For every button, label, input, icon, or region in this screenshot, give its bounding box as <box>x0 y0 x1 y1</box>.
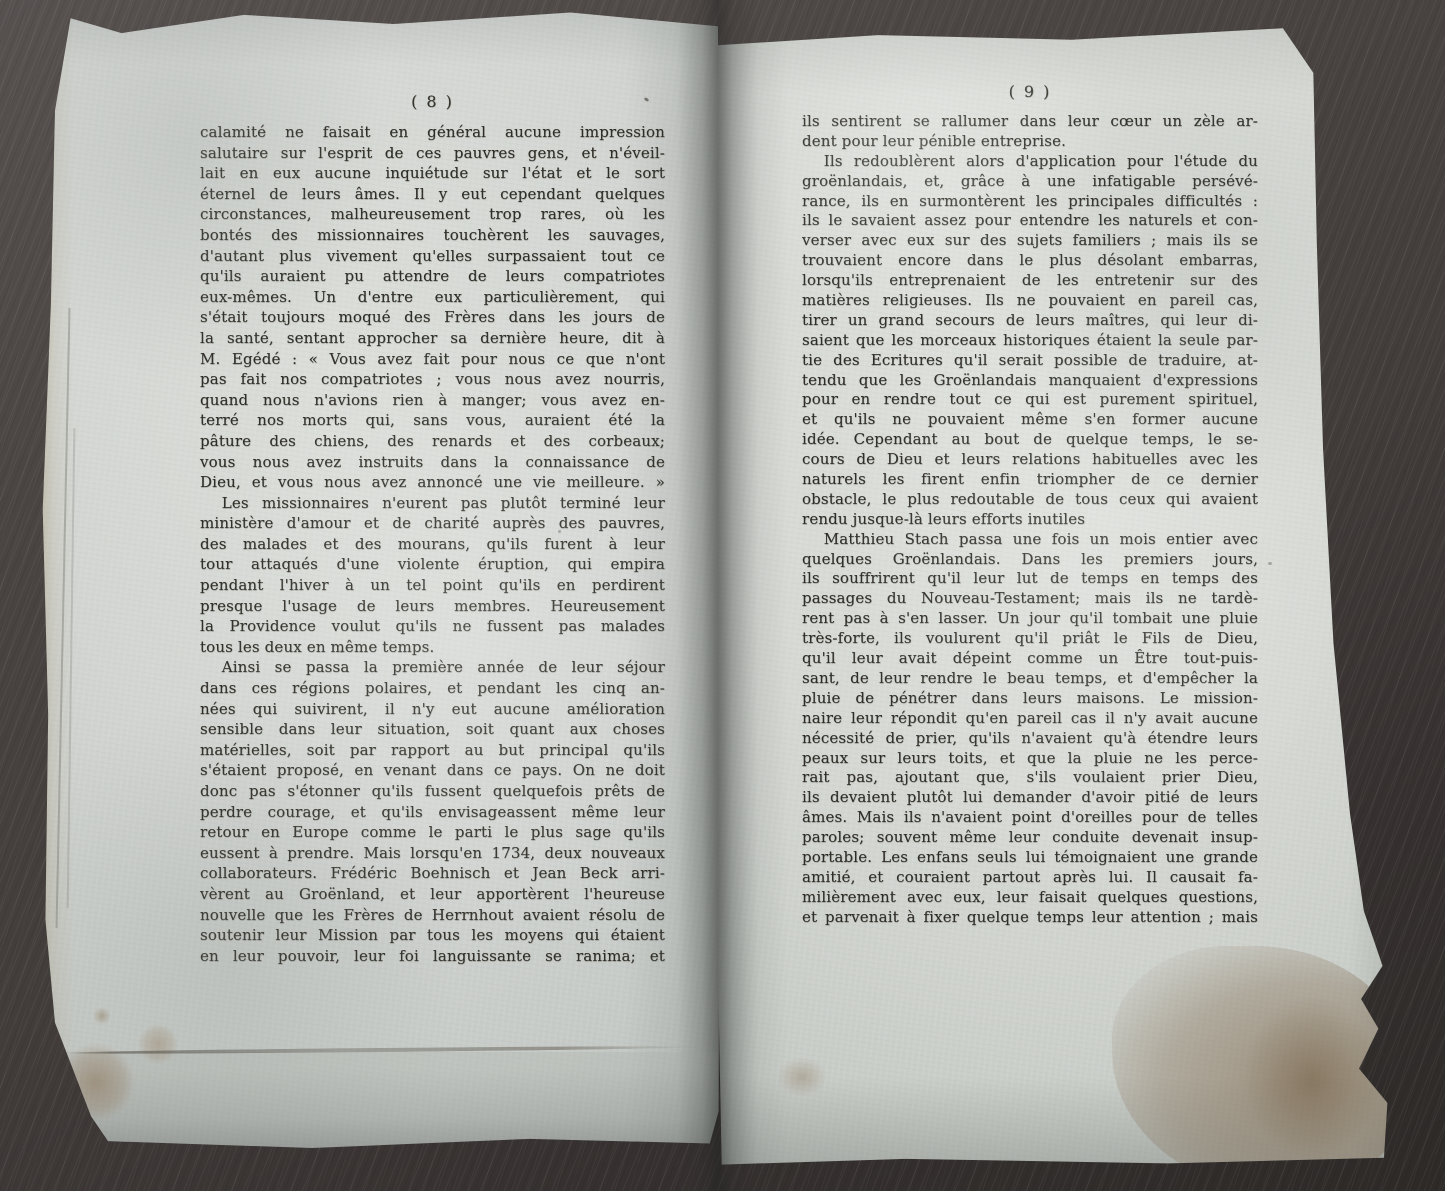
text-line: des malades et des mourans, qu'ils furen… <box>200 534 665 555</box>
text-line: pas fait nos compatriotes ; vous nous av… <box>200 369 665 390</box>
text-line: groënlandais, et, grâce à une infatigabl… <box>802 172 1258 192</box>
page-text-right: ils sentirent se rallumer dans leur cœur… <box>802 112 1258 928</box>
text-line: rait pas, ajoutant que, s'ils voulaient … <box>802 768 1258 788</box>
text-line: et parvenait à fixer quelque temps leur … <box>802 908 1258 928</box>
text-line: soutenir leur Mission par tous les moyen… <box>200 925 665 946</box>
text-line: dans ces régions polaires, et pendant le… <box>200 678 665 699</box>
page-crease <box>60 1045 699 1055</box>
text-line: cours de Dieu et leurs relations habitue… <box>802 450 1258 470</box>
text-line: Ainsi se passa la première année de leur… <box>200 657 665 678</box>
text-line: obstacle, le plus redoutable de tous ceu… <box>802 490 1258 510</box>
text-line: passages du Nouveau-Testament; mais ils … <box>802 589 1258 609</box>
book-photo-scene: ( 8 ) calamité ne faisait en général auc… <box>0 0 1445 1191</box>
water-stain-core <box>1232 981 1392 1176</box>
text-line: pendant l'hiver à un tel point qu'ils en… <box>200 575 665 596</box>
text-line: nécessité de prier, qu'ils n'avaient qu'… <box>802 729 1258 749</box>
text-line: la santé, sentant approcher sa dernière … <box>200 328 665 349</box>
text-line: retour en Europe comme le parti le plus … <box>200 822 665 843</box>
text-line: qu'ils auraient pu attendre de leurs com… <box>200 266 665 287</box>
text-line: qu'il leur avait dépeint comme un Être t… <box>802 649 1258 669</box>
text-line: vous nous avez instruits dans la connais… <box>200 452 665 473</box>
foxing-stain <box>770 1052 834 1102</box>
text-line: calamité ne faisait en général aucune im… <box>200 122 665 143</box>
text-line: la Providence voulut qu'ils ne fussent p… <box>200 616 665 637</box>
text-line: s'étaient proposé, en venant dans ce pay… <box>200 760 665 781</box>
text-line: rendu jusque-là leurs efforts inutiles <box>802 510 1258 530</box>
text-line: bontés des missionnaires touchèrent les … <box>200 225 665 246</box>
text-line: terré nos morts qui, sans vous, auraient… <box>200 410 665 431</box>
text-line: tie des Ecritures qu'il serait possible … <box>802 351 1258 371</box>
text-line: milièrement avec eux, leur faisait quelq… <box>802 888 1258 908</box>
text-line: saient que les morceaux historiques étai… <box>802 331 1258 351</box>
text-line: ils le savaient assez pour entendre les … <box>802 211 1258 231</box>
text-line: d'autant plus vivement qu'elles surpassa… <box>200 246 665 267</box>
text-line: pluie de pénétrer dans leurs maisons. Le… <box>802 689 1258 709</box>
text-line: verser avec eux sur des sujets familiers… <box>802 231 1258 251</box>
text-line: tous les deux en même temps. <box>200 637 665 658</box>
text-line: pour en rendre tout ce qui est purement … <box>802 390 1258 410</box>
text-line: Ils redoublèrent alors d'application pou… <box>802 152 1258 172</box>
text-line: salutaire sur l'esprit de ces pauvres ge… <box>200 143 665 164</box>
text-line: quelques Groënlandais. Dans les premiers… <box>802 550 1258 570</box>
foxing-stain <box>90 1004 114 1028</box>
text-line: lait en eux aucune inquiétude sur l'état… <box>200 163 665 184</box>
text-line: sant, de leur rendre le beau temps, et d… <box>802 669 1258 689</box>
water-stain <box>1112 946 1412 1191</box>
text-line: tendu que les Groënlandais manquaient d'… <box>802 371 1258 391</box>
text-line: Dieu, et vous nous avez annoncé une vie … <box>200 472 665 493</box>
text-line: tirer un grand secours de leurs maîtres,… <box>802 311 1258 331</box>
text-line: éternel de leurs âmes. Il y eut cependan… <box>200 184 665 205</box>
text-line: sensible dans leur situation, soit quant… <box>200 719 665 740</box>
text-line: naire leur répondit qu'en pareil cas il … <box>802 709 1258 729</box>
text-line: âmes. Mais ils n'avaient point d'oreille… <box>802 808 1258 828</box>
text-line: très-forte, ils voulurent qu'il priât le… <box>802 629 1258 649</box>
text-line: portable. Les enfans seuls lui témoignai… <box>802 848 1258 868</box>
under-page-edge <box>56 308 71 928</box>
page-text-left: calamité ne faisait en général aucune im… <box>200 122 665 966</box>
text-line: matérielles, soit par rapport au but pri… <box>200 740 665 761</box>
text-line: rent pas à s'en lasser. Un jour qu'il to… <box>802 609 1258 629</box>
text-line: ils devaient plutôt lui demander d'avoir… <box>802 788 1258 808</box>
text-line: nées qui suivirent, il n'y eut aucune am… <box>200 699 665 720</box>
text-line: eussent à prendre. Mais lorsqu'en 1734, … <box>200 843 665 864</box>
text-line: presque l'usage de leurs membres. Heureu… <box>200 596 665 617</box>
text-line: M. Egédé : « Vous avez fait pour nous ce… <box>200 349 665 370</box>
text-line: en leur pouvoir, leur foi languissante s… <box>200 946 665 967</box>
text-line: ils souffrirent qu'il leur lut de temps … <box>802 569 1258 589</box>
page-number-right: ( 9 ) <box>802 82 1258 101</box>
text-line: ils sentirent se rallumer dans leur cœur… <box>802 112 1258 132</box>
foxing-stain <box>46 1032 146 1132</box>
text-line: et qu'ils ne pouvaient même s'en former … <box>802 410 1258 430</box>
book-page-left: ( 8 ) calamité ne faisait en général auc… <box>40 8 720 1148</box>
text-line: s'était toujours moqué des Frères dans l… <box>200 307 665 328</box>
page-number-left: ( 8 ) <box>200 92 665 111</box>
foxing-stain <box>132 1018 184 1070</box>
text-line: perdre courage, et qu'ils envisageassent… <box>200 802 665 823</box>
text-line: quand nous n'avions rien à manger; vous … <box>200 390 665 411</box>
text-line: donc pas s'étonner qu'ils fussent quelqu… <box>200 781 665 802</box>
text-line: vèrent au Groënland, et leur apportèrent… <box>200 884 665 905</box>
text-line: paroles; souvent même leur conduite deve… <box>802 828 1258 848</box>
text-line: idée. Cependant au bout de quelque temps… <box>802 430 1258 450</box>
text-line: Les missionnaires n'eurent pas plutôt te… <box>200 493 665 514</box>
text-line: collaborateurs. Frédéric Boehnisch et Je… <box>200 863 665 884</box>
text-line: trouvaient encore dans le plus désolant … <box>802 251 1258 271</box>
text-line: eux-mêmes. Un d'entre eux particulièreme… <box>200 287 665 308</box>
text-line: rance, ils en surmontèrent les principal… <box>802 192 1258 212</box>
text-line: matières religieuses. Ils ne pouvaient e… <box>802 291 1258 311</box>
text-line: tour attaqués d'une violente éruption, q… <box>200 554 665 575</box>
book-page-right: ( 9 ) ils sentirent se rallumer dans leu… <box>712 26 1404 1168</box>
text-line: dent pour leur pénible entreprise. <box>802 132 1258 152</box>
under-sheet-shading <box>40 1052 720 1148</box>
text-line: peaux sur leurs toits, et que la pluie n… <box>802 749 1258 769</box>
text-line: circonstances, malheureusement trop rare… <box>200 204 665 225</box>
text-line: nouvelle que les Frères de Herrnhout ava… <box>200 905 665 926</box>
under-page-edge <box>67 428 75 908</box>
text-line: amitié, et couraient partout après lui. … <box>802 868 1258 888</box>
paper-speck <box>1268 562 1272 565</box>
text-line: naturels les firent enfin triompher de c… <box>802 470 1258 490</box>
text-line: ministère d'amour et de charité auprès d… <box>200 513 665 534</box>
text-line: lorsqu'ils entreprenaient de les entrete… <box>802 271 1258 291</box>
text-line: pâture des chiens, des renards et des co… <box>200 431 665 452</box>
text-line: Matthieu Stach passa une fois un mois en… <box>802 530 1258 550</box>
